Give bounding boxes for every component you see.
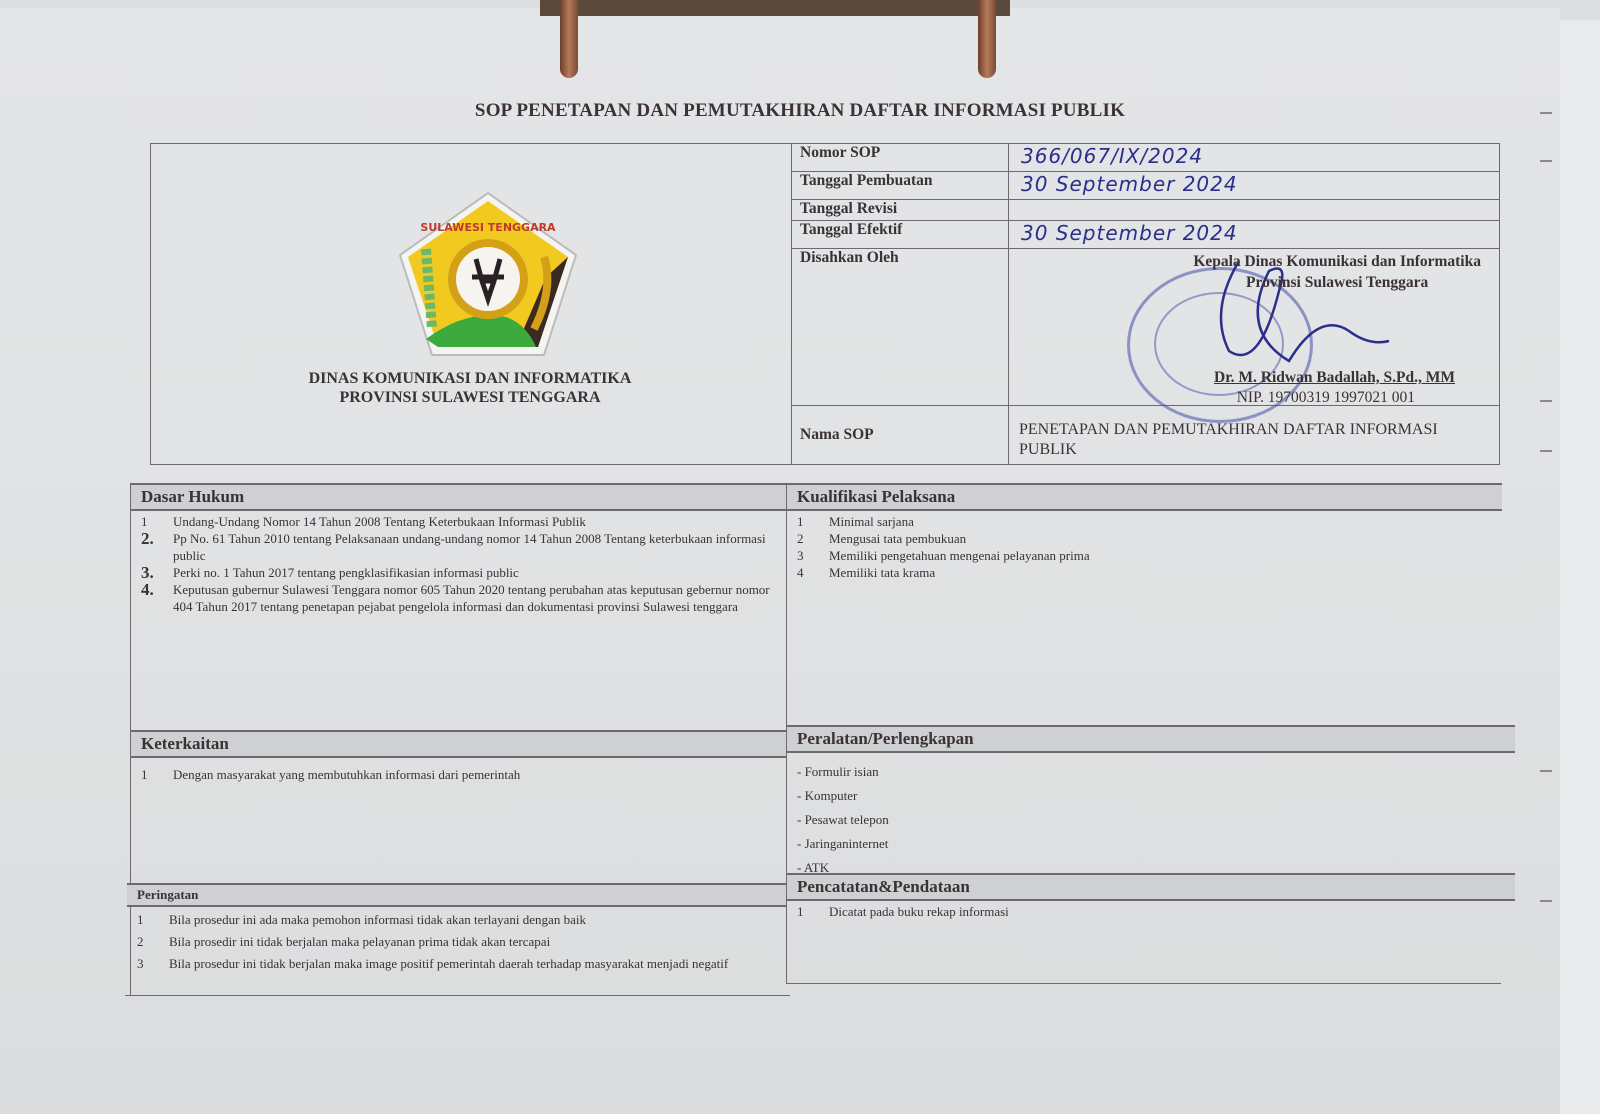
item-number: 3 [797, 547, 829, 564]
item-number: 1 [137, 909, 169, 931]
item-text: Bila prosedur ini ada maka pemohon infor… [169, 909, 586, 931]
list-item: - Jaringaninternet [797, 835, 1505, 852]
item-number: 2. [141, 530, 173, 564]
item-number: 1 [797, 903, 829, 920]
item-text: Dengan masyarakat yang membutuhkan infor… [173, 766, 520, 783]
page-edge-mark [1540, 450, 1552, 452]
list-item: 2.Pp No. 61 Tahun 2010 tentang Pelaksana… [141, 530, 776, 564]
item-number: 1 [797, 513, 829, 530]
section-pencatatan: Pencatatan&Pendataan 1Dicatat pada buku … [787, 873, 1515, 922]
section-dasar-hukum: Dasar Hukum 1Undang-Undang Nomor 14 Tahu… [131, 483, 786, 617]
item-text: Keputusan gubernur Sulawesi Tenggara nom… [173, 581, 776, 615]
meta-value-tanggal-pembuatan: 30 September 2024 [1009, 171, 1500, 199]
item-number: 3 [137, 953, 169, 975]
item-number: 1 [141, 513, 173, 530]
kualifikasi-list: 1Minimal sarjana2Mengusai tata pembukuan… [787, 511, 1502, 583]
section-heading: Dasar Hukum [131, 483, 786, 511]
sulawesi-tenggara-emblem-icon: SULAWESI TENGGARA [396, 189, 581, 359]
section-heading: Keterkaitan [131, 730, 786, 758]
item-number: 3. [141, 564, 173, 581]
page-edge-mark [1540, 900, 1552, 902]
item-number: 4. [141, 581, 173, 615]
section-heading: Kualifikasi Pelaksana [787, 483, 1502, 511]
item-text: Memiliki pengetahuan mengenai pelayanan … [829, 547, 1090, 564]
organization-name: DINAS KOMUNIKASI DAN INFORMATIKA PROVINS… [151, 369, 789, 407]
binder-background [540, 0, 1010, 16]
list-item: - Komputer [797, 787, 1505, 804]
list-item: 2Mengusai tata pembukuan [797, 530, 1492, 547]
list-item: 3.Perki no. 1 Tahun 2017 tentang pengkla… [141, 564, 776, 581]
peringatan-list: 1Bila prosedur ini ada maka pemohon info… [127, 907, 786, 977]
sop-header-table: SULAWESI TENGGARA DINAS KOMUNIKASI DAN I… [150, 143, 1500, 465]
list-item: 4Memiliki tata krama [797, 564, 1492, 581]
meta-label-tanggal-pembuatan: Tanggal Pembuatan [792, 171, 1009, 199]
item-number: 4 [797, 564, 829, 581]
section-heading: Peringatan [127, 883, 786, 907]
meta-label-nomor: Nomor SOP [792, 144, 1009, 172]
item-text: Bila prosedur ini tidak berjalan maka im… [169, 953, 728, 975]
list-item: 1Undang-Undang Nomor 14 Tahun 2008 Tenta… [141, 513, 776, 530]
item-text: Dicatat pada buku rekap informasi [829, 903, 1009, 920]
item-text: Pp No. 61 Tahun 2010 tentang Pelaksanaan… [173, 530, 776, 564]
svg-text:SULAWESI TENGGARA: SULAWESI TENGGARA [420, 221, 556, 234]
list-item: - Pesawat telepon [797, 811, 1505, 828]
meta-label-tanggal-revisi: Tanggal Revisi [792, 199, 1009, 220]
approver-nip: NIP. 19700319 1997021 001 [1237, 389, 1415, 407]
list-item: 1Minimal sarjana [797, 513, 1492, 530]
item-text: Memiliki tata krama [829, 564, 935, 581]
item-text: Bila prosedir ini tidak berjalan maka pe… [169, 931, 550, 953]
section-peralatan: Peralatan/Perlengkapan - Formulir isian-… [787, 725, 1515, 885]
sop-name-label: Nama SOP [792, 406, 1009, 465]
list-item: 3Memiliki pengetahuan mengenai pelayanan… [797, 547, 1492, 564]
item-number: 1 [141, 766, 173, 783]
border-bottom [125, 995, 790, 996]
page-edge-mark [1540, 160, 1552, 162]
peralatan-list: - Formulir isian- Komputer- Pesawat tele… [787, 753, 1515, 885]
organization-line2: PROVINSI SULAWESI TENGGARA [151, 388, 789, 407]
item-text: Perki no. 1 Tahun 2017 tentang pengklasi… [173, 564, 519, 581]
dasar-hukum-list: 1Undang-Undang Nomor 14 Tahun 2008 Tenta… [131, 511, 786, 617]
item-number: 2 [797, 530, 829, 547]
keterkaitan-list: 1Dengan masyarakat yang membutuhkan info… [131, 758, 786, 785]
border-bottom-right [786, 983, 1501, 984]
meta-label-tanggal-efektif: Tanggal Efektif [792, 221, 1009, 249]
meta-value-nomor: 366/067/IX/2024 [1009, 144, 1500, 172]
section-heading: Pencatatan&Pendataan [787, 873, 1515, 901]
meta-value-tanggal-efektif: 30 September 2024 [1009, 221, 1500, 249]
organization-line1: DINAS KOMUNIKASI DAN INFORMATIKA [151, 369, 789, 388]
approver-name: Dr. M. Ridwan Badallah, S.Pd., MM [1214, 369, 1455, 387]
approval-cell: Kepala Dinas Komunikasi dan Informatika … [1009, 249, 1500, 406]
section-keterkaitan: Keterkaitan 1Dengan masyarakat yang memb… [131, 730, 786, 785]
approver-title-line1: Kepala Dinas Komunikasi dan Informatika [1193, 251, 1481, 272]
section-kualifikasi: Kualifikasi Pelaksana 1Minimal sarjana2M… [787, 483, 1502, 583]
organization-cell: SULAWESI TENGGARA DINAS KOMUNIKASI DAN I… [151, 144, 792, 465]
pencatatan-list: 1Dicatat pada buku rekap informasi [787, 901, 1515, 922]
binder-ring-right [978, 0, 996, 78]
list-item: 3Bila prosedur ini tidak berjalan maka i… [137, 953, 776, 975]
item-text: Minimal sarjana [829, 513, 914, 530]
list-item: 2Bila prosedir ini tidak berjalan maka p… [137, 931, 776, 953]
list-item: 1Dicatat pada buku rekap informasi [797, 903, 1505, 920]
meta-value-tanggal-revisi [1009, 199, 1500, 220]
item-number: 2 [137, 931, 169, 953]
list-item: 1Dengan masyarakat yang membutuhkan info… [141, 766, 776, 783]
document-title: SOP PENETAPAN DAN PEMUTAKHIRAN DAFTAR IN… [0, 100, 1600, 122]
section-peringatan: Peringatan 1Bila prosedur ini ada maka p… [127, 883, 786, 977]
item-text: Mengusai tata pembukuan [829, 530, 966, 547]
item-text: Undang-Undang Nomor 14 Tahun 2008 Tentan… [173, 513, 586, 530]
section-heading: Peralatan/Perlengkapan [787, 725, 1515, 753]
approver-title-line2: Provinsi Sulawesi Tenggara [1193, 272, 1481, 293]
binder-ring-left [560, 0, 578, 78]
page-edge-mark [1540, 770, 1552, 772]
list-item: 1Bila prosedur ini ada maka pemohon info… [137, 909, 776, 931]
approval-label: Disahkan Oleh [792, 249, 1009, 406]
page-edge-mark [1540, 400, 1552, 402]
list-item: - Formulir isian [797, 763, 1505, 780]
list-item: 4.Keputusan gubernur Sulawesi Tenggara n… [141, 581, 776, 615]
stacked-pages-edge [1560, 20, 1600, 1114]
approver-title: Kepala Dinas Komunikasi dan Informatika … [1193, 251, 1481, 293]
